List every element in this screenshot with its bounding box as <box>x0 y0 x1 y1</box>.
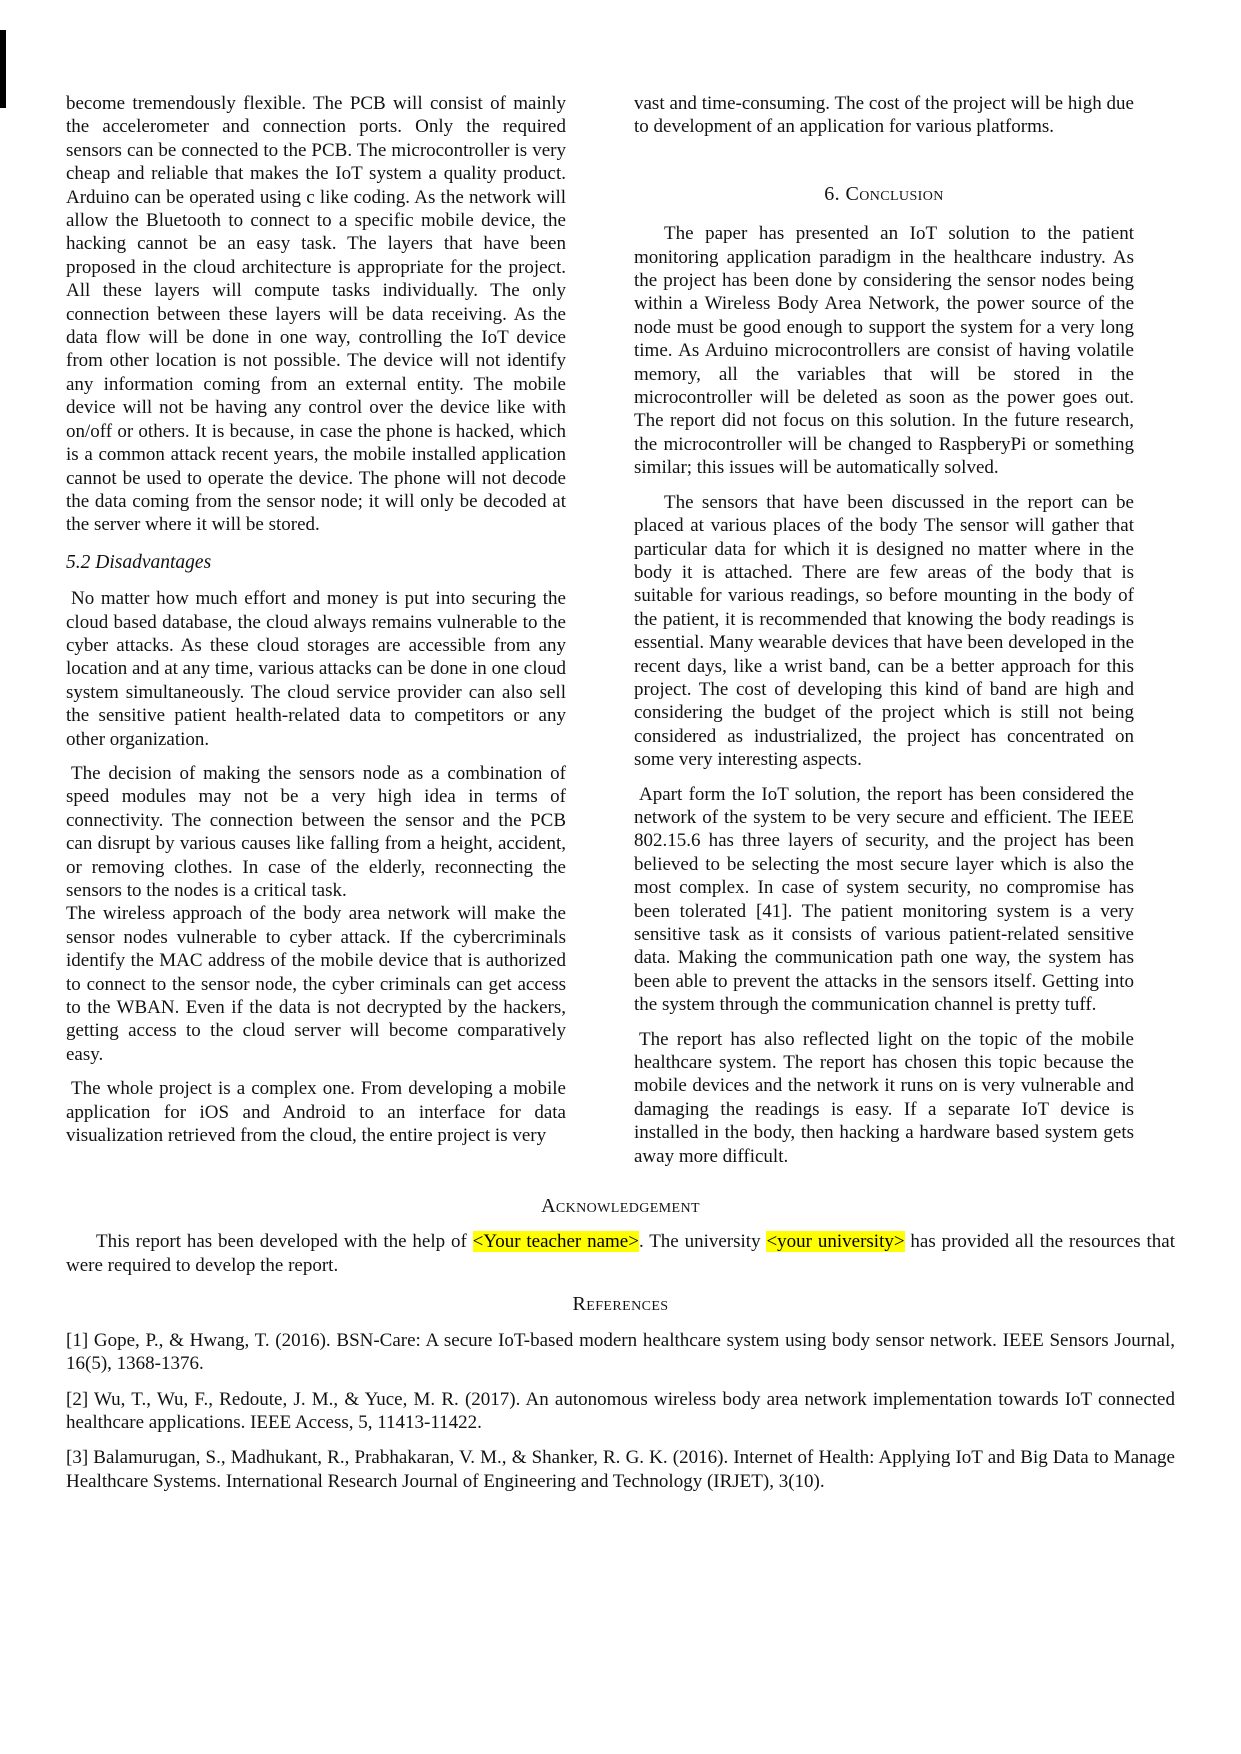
document-page: become tremendously flexible. The PCB wi… <box>0 0 1241 1754</box>
acknowledgement-text-between: . The university <box>639 1231 767 1252</box>
paragraph: Apart form the IoT solution, the report … <box>634 783 1134 1017</box>
paragraph: The paper has presented an IoT solution … <box>634 222 1134 479</box>
left-column: become tremendously flexible. The PCB wi… <box>66 92 566 1179</box>
university-placeholder[interactable]: <your university> <box>766 1231 904 1252</box>
paragraph: No matter how much effort and money is p… <box>66 587 566 751</box>
references-section: References [1] Gope, P., & Hwang, T. (20… <box>66 1293 1175 1493</box>
paragraph: The report has also reflected light on t… <box>634 1028 1134 1168</box>
paragraph: The wireless approach of the body area n… <box>66 902 566 1066</box>
page-content: become tremendously flexible. The PCB wi… <box>0 0 1241 1493</box>
acknowledgement-section: Acknowledgement This report has been dev… <box>66 1195 1175 1277</box>
acknowledgement-heading: Acknowledgement <box>66 1195 1175 1218</box>
section-heading: 6. Conclusion <box>634 183 1134 206</box>
teacher-name-placeholder[interactable]: <Your teacher name> <box>473 1231 639 1252</box>
paragraph: become tremendously flexible. The PCB wi… <box>66 92 566 537</box>
paragraph: vast and time-consuming. The cost of the… <box>634 92 1134 139</box>
scan-edge-artifact <box>0 30 6 108</box>
paragraph: The decision of making the sensors node … <box>66 762 566 902</box>
reference-item: [2] Wu, T., Wu, F., Redoute, J. M., & Yu… <box>66 1388 1175 1435</box>
reference-item: [1] Gope, P., & Hwang, T. (2016). BSN-Ca… <box>66 1329 1175 1376</box>
references-heading: References <box>66 1293 1175 1316</box>
acknowledgement-paragraph: This report has been developed with the … <box>66 1230 1175 1277</box>
right-column: vast and time-consuming. The cost of the… <box>634 92 1134 1179</box>
references-list: [1] Gope, P., & Hwang, T. (2016). BSN-Ca… <box>66 1329 1175 1493</box>
paragraph: The whole project is a complex one. From… <box>66 1077 566 1147</box>
reference-item: [3] Balamurugan, S., Madhukant, R., Prab… <box>66 1446 1175 1493</box>
acknowledgement-text-before: This report has been developed with the … <box>96 1231 473 1252</box>
paragraph: The sensors that have been discussed in … <box>634 491 1134 772</box>
subsection-heading: 5.2 Disadvantages <box>66 551 566 574</box>
two-column-section: become tremendously flexible. The PCB wi… <box>66 92 1175 1179</box>
